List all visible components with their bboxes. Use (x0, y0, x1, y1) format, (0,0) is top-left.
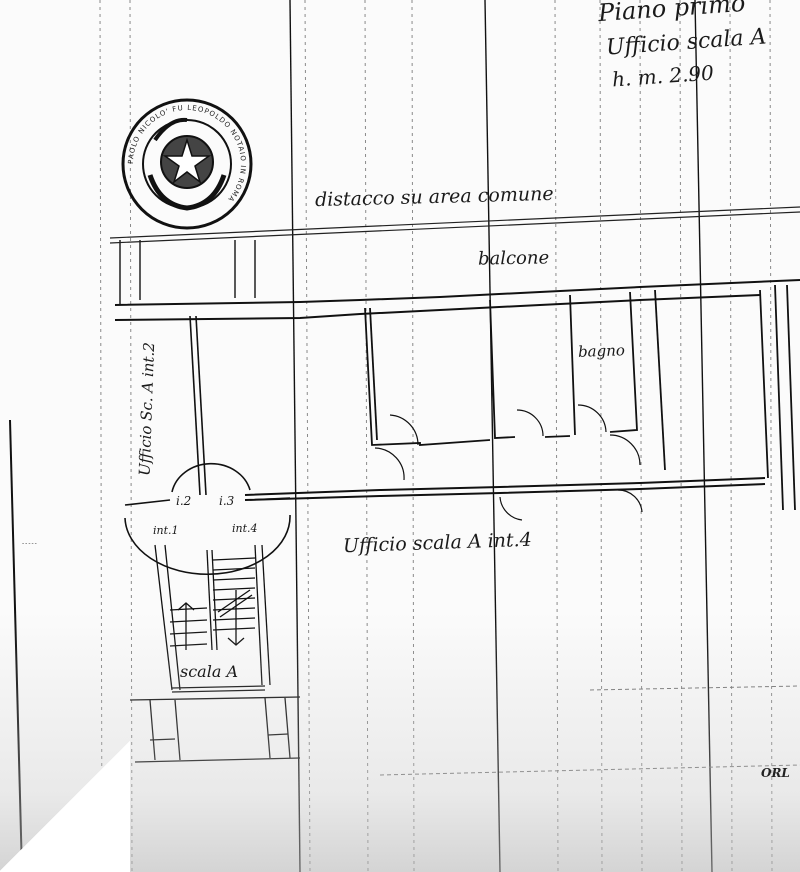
bagno-label: bagno (578, 341, 625, 361)
margin-mark: ----- (22, 540, 38, 547)
floor-plan-sheet: PAOLO NICOLO' FU LEOPOLDO NOTAIO IN ROMA… (0, 0, 800, 872)
i2-label: i.2 (176, 494, 191, 508)
stamp-text: PAOLO NICOLO' FU LEOPOLDO NOTAIO IN ROMA (127, 104, 247, 204)
int1-label: int.1 (153, 524, 179, 537)
int4-label: int.4 (232, 522, 258, 535)
scala-label: scala A (180, 662, 238, 681)
page-corner-fold (0, 740, 130, 872)
corner-mark: ORL (761, 766, 790, 780)
i3-label: i.3 (219, 494, 234, 508)
balcone-label: balcone (478, 247, 550, 269)
svg-text:PAOLO NICOLO' FU LEOPOLDO NOTA: PAOLO NICOLO' FU LEOPOLDO NOTAIO IN ROMA (127, 104, 247, 204)
